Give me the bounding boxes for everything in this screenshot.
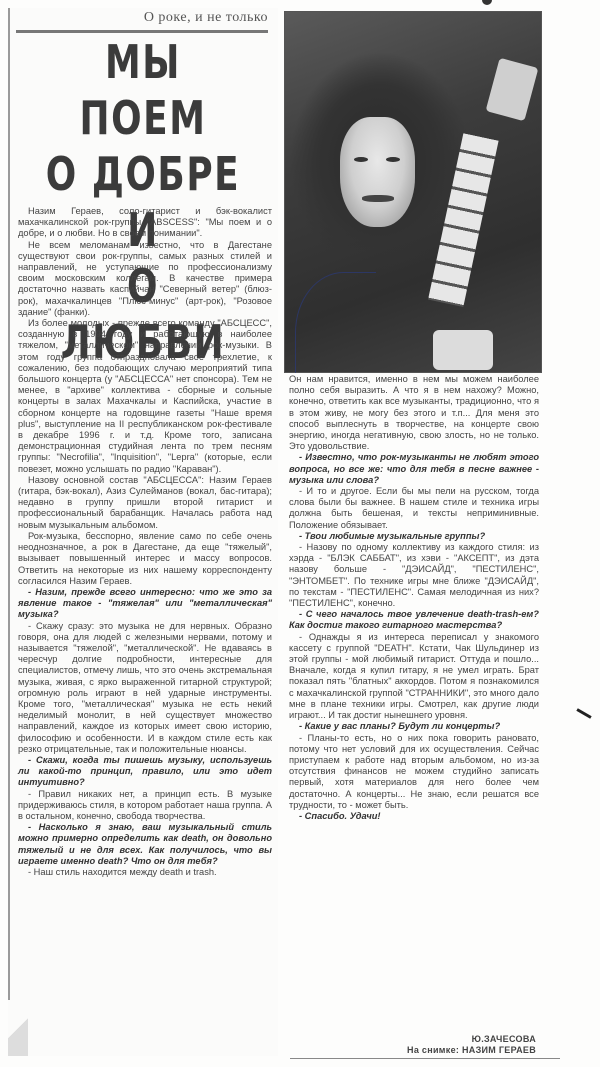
torn-corner bbox=[8, 1000, 28, 1056]
interview-question: - Скажи, когда ты пишешь музыку, использ… bbox=[18, 755, 272, 789]
interview-answer: - Назову по одному коллективу из каждого… bbox=[289, 542, 539, 609]
ink-mark bbox=[482, 0, 492, 5]
paragraph: Назим Гераев, соло-гитарист и бэк-вокали… bbox=[18, 206, 272, 240]
interview-answer: Он нам нравится, именно в нем мы можем н… bbox=[289, 374, 539, 452]
guitar-neck bbox=[428, 133, 499, 307]
photo-caption: На снимке: НАЗИМ ГЕРАЕВ bbox=[407, 1045, 536, 1056]
rubric-label: О роке, и не только bbox=[16, 10, 268, 26]
interview-question: - Насколько я знаю, ваш музыкальный стил… bbox=[18, 822, 272, 867]
interview-question: - Назим, прежде всего интересно: что же … bbox=[18, 587, 272, 621]
interview-question: - Какие у вас планы? Будут ли концерты? bbox=[289, 721, 539, 732]
interview-closing: - Спасибо. Удачи! bbox=[289, 811, 539, 822]
paragraph: Не всем меломанам известно, что в Дагест… bbox=[18, 240, 272, 318]
eye-shape bbox=[386, 157, 400, 162]
guitarist-photo bbox=[284, 11, 542, 373]
rubric-divider bbox=[16, 30, 268, 33]
face-figure bbox=[340, 117, 415, 227]
eye-shape bbox=[354, 157, 368, 162]
mouth-shape bbox=[362, 195, 394, 202]
hand-figure bbox=[433, 330, 493, 370]
interview-question: - С чего началось твое увлечение death-t… bbox=[289, 609, 539, 631]
paragraph: Рок-музыка, бесспорно, явление само по с… bbox=[18, 531, 272, 587]
interview-question: - Известно, что рок-музыканты не любят э… bbox=[289, 452, 539, 486]
right-column: Он нам нравится, именно в нем мы можем н… bbox=[289, 374, 539, 822]
ink-scribble bbox=[295, 272, 376, 373]
interview-answer: - Наш стиль находится между death и tras… bbox=[18, 867, 272, 878]
interview-question: - Твои любимые музыкальные группы? bbox=[289, 531, 539, 542]
left-column: Назим Гераев, соло-гитарист и бэк-вокали… bbox=[18, 206, 272, 878]
headline-line-1: МЫ ПОЕМ bbox=[42, 34, 243, 146]
author-name: Ю.ЗАЧЕСОВА bbox=[407, 1034, 536, 1045]
paragraph: Из более молодых - прежде всего команду … bbox=[18, 318, 272, 475]
bottom-divider bbox=[290, 1058, 560, 1059]
guitar-headstock bbox=[486, 58, 539, 121]
ink-dash-mark bbox=[576, 708, 591, 719]
interview-answer: - Планы-то есть, но о них пока говорить … bbox=[289, 733, 539, 811]
paragraph: Назову основной состав "АБСЦЕССА": Назим… bbox=[18, 475, 272, 531]
byline: Ю.ЗАЧЕСОВА На снимке: НАЗИМ ГЕРАЕВ bbox=[407, 1034, 536, 1056]
interview-answer: - Скажу сразу: это музыка не для нервных… bbox=[18, 621, 272, 755]
interview-answer: - И то и другое. Если бы мы пели на русс… bbox=[289, 486, 539, 531]
interview-answer: - Однажды я из интереса переписал у знак… bbox=[289, 632, 539, 722]
interview-answer: - Правил никаких нет, а принцип есть. В … bbox=[18, 789, 272, 823]
